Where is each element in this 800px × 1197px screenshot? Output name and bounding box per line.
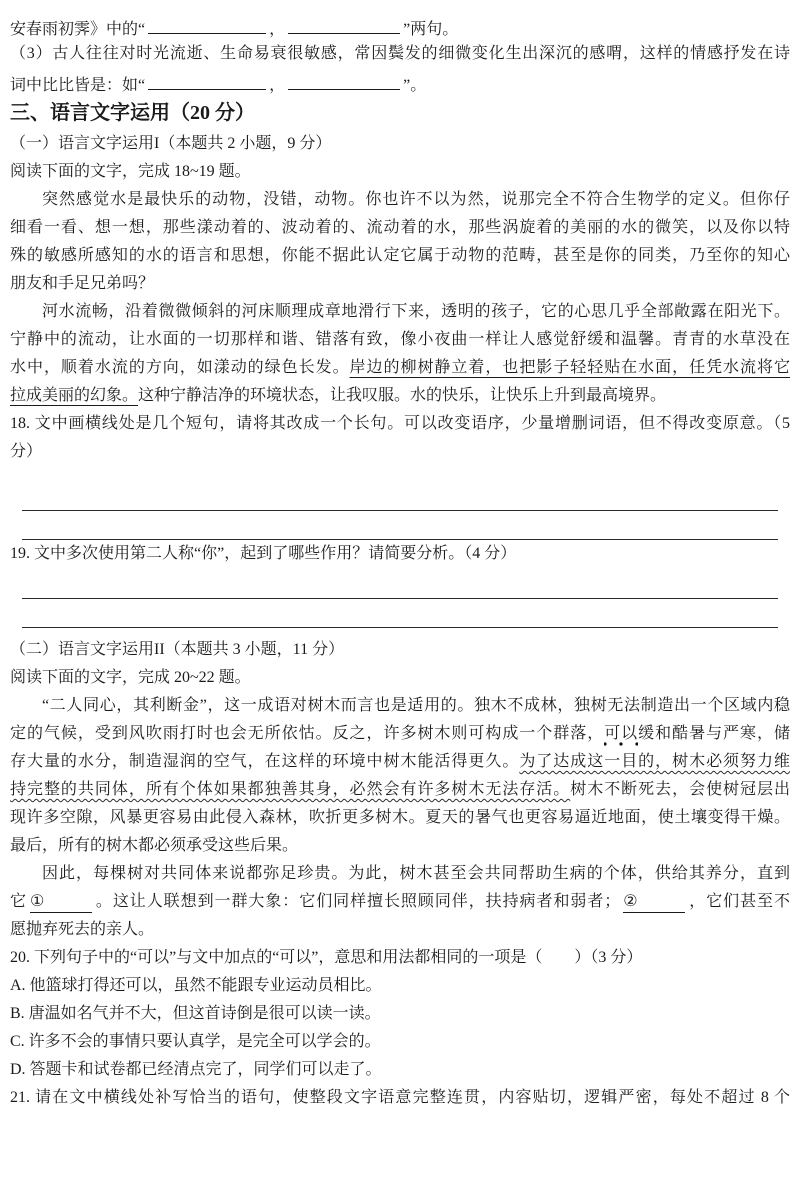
text-segment: 现许多空隙，风暴更容易由此侵入森林，吹折更多树木。夏天的暑气也更容易逼近地面，使… xyxy=(10,809,790,826)
question-20: 20. 下列句子中的“可以”与文中加点的“可以”，意思和用法都相同的一项是（ ）… xyxy=(10,944,790,972)
text-segment: （一）语言文字运用I（本题共 2 小题，9 分） xyxy=(10,135,331,152)
question-18-line-1: 18. 文中画横线处是几个短句，请将其改成一个长句。可以改变语序，少量增删词语，… xyxy=(10,410,790,438)
passage-1-para-1-line-2: 细看一看、想一想，那些漾动着的、波动着的、流动着的水，那些涡旋着的美丽的水的微笑… xyxy=(10,214,790,242)
blank-circled-2: ② xyxy=(623,891,685,913)
text-segment: 。这让人联想到一群大象：它们同样擅长照顾同伴，扶持病者和弱者； xyxy=(95,893,620,910)
wavy-underlined-text: 持完整的共同体，所有个体如果都独善其身，必然会有许多树木无法存活。 xyxy=(10,781,570,798)
text-segment: 朋友和手足兄弟吗？ xyxy=(10,275,154,292)
passage-2-para-1-line-5: 现许多空隙，风暴更容易由此侵入森林，吹折更多树木。夏天的暑气也更容易逼近地面，使… xyxy=(10,804,790,832)
question-16-3-line-2: 词中比比皆是：如“，”。 xyxy=(10,68,790,96)
text-segment: 安春雨初霁》中的“ xyxy=(10,21,145,38)
question-21: 21. 请在文中横线处补写恰当的语句，使整段文字语意完整连贯，内容贴切，逻辑严密… xyxy=(10,1084,790,1112)
text-segment: 定的气候，受到风吹雨打时也会无所依怙。反之，许多树木则可构成一个群落， xyxy=(10,725,604,742)
question-20-option-b: B. 唐温如名气并不大，但这首诗倒是很可以读一读。 xyxy=(10,1000,790,1028)
section-3-heading: 三、语言文字运用（20 分） xyxy=(10,96,790,130)
passage-2-instruction: 阅读下面的文字，完成 20~22 题。 xyxy=(10,664,790,692)
text-segment: 阅读下面的文字，完成 18~19 题。 xyxy=(10,163,251,180)
text-segment: 存大量的水分，制造湿润的空气，在这样的环境中树木能活得更久。 xyxy=(10,753,519,770)
text-segment: ”。 xyxy=(403,77,426,94)
passage-2-para-1-line-2: 定的气候，受到风吹雨打时也会无所依怙。反之，许多树木则可构成一个群落，可以缓和酷… xyxy=(10,720,790,748)
text-segment: ， xyxy=(269,77,285,94)
answer-line xyxy=(22,511,778,540)
passage-1-instruction: 阅读下面的文字，完成 18~19 题。 xyxy=(10,158,790,186)
text-segment: 阅读下面的文字，完成 20~22 题。 xyxy=(10,669,251,686)
blank-underline xyxy=(288,12,400,34)
question-16-3-line-1: （3）古人往往对时光流逝、生命易衰很敏感，常因鬓发的细微变化生出深沉的感喟，这样… xyxy=(10,40,790,68)
text-segment: 愿抛弃死去的亲人。 xyxy=(10,921,154,938)
text-segment: 20. 下列句子中的“可以”与文中加点的“可以”，意思和用法都相同的一项是（ ）… xyxy=(10,949,642,966)
text-segment: 突然感觉水是最快乐的动物，没错，动物。你也许不以为然，说那完全不符合生物学的定义… xyxy=(42,191,790,208)
text-segment: 细看一看、想一想，那些漾动着的、波动着的、流动着的水，那些涡旋着的美丽的水的微笑… xyxy=(10,219,790,236)
dotted-emphasis-text: 可以 xyxy=(604,725,638,747)
text-segment: 河水流畅，沿着微微倾斜的河床顺理成章地滑行下来，透明的孩子，它的心思几乎全部敞露… xyxy=(42,303,790,320)
text-segment: 它 xyxy=(10,893,27,910)
wavy-underlined-text: 为了达成这一目的，树木必须努力维 xyxy=(519,753,790,770)
text-segment: 词中比比皆是：如“ xyxy=(10,77,145,94)
text-segment: （二）语言文字运用II（本题共 3 小题，11 分） xyxy=(10,641,344,658)
text-segment: 三、语言文字运用（20 分） xyxy=(10,102,255,124)
blank-underline xyxy=(288,68,400,90)
answer-line xyxy=(22,466,778,511)
passage-2-para-1-line-4: 持完整的共同体，所有个体如果都独善其身，必然会有许多树木无法存活。树木不断死去，… xyxy=(10,776,790,804)
text-segment: （3）古人往往对时光流逝、生命易衰很敏感，常因鬓发的细微变化生出深沉的感喟，这样… xyxy=(10,45,790,62)
passage-2-para-1-line-6: 最后，所有的树木都必须承受这些后果。 xyxy=(10,832,790,860)
passage-2-para-2-line-2: 它①。这让人联想到一群大象：它们同样擅长照顾同伴，扶持病者和弱者；②，它们甚至不 xyxy=(10,888,790,916)
text-segment: 分） xyxy=(10,443,42,460)
passage-1-para-2-line-3: 水中，顺着水流的方向，如漾动的绿色长发。岸边的柳树静立着，也把影子轻轻贴在水面，… xyxy=(10,354,790,382)
text-segment: 18. 文中画横线处是几个短句，请将其改成一个长句。可以改变语序，少量增删词语，… xyxy=(10,415,790,432)
text-segment: 水中，顺着水流的方向，如漾动的绿色长发。 xyxy=(10,359,350,376)
text-segment: 19. 文中多次使用第二人称“你”，起到了哪些作用？请简要分析。（4 分） xyxy=(10,545,516,562)
passage-1-para-1-line-4: 朋友和手足兄弟吗？ xyxy=(10,270,790,298)
passage-2-para-1-line-3: 存大量的水分，制造湿润的空气，在这样的环境中树木能活得更久。为了达成这一目的，树… xyxy=(10,748,790,776)
question-18-line-2: 分） xyxy=(10,438,790,466)
answer-line xyxy=(22,599,778,628)
passage-1-para-1-line-1: 突然感觉水是最快乐的动物，没错，动物。你也许不以为然，说那完全不符合生物学的定义… xyxy=(10,186,790,214)
underlined-text: 岸边的柳树静立着，也把影子轻轻贴在水面，任凭水流将它 xyxy=(350,359,790,376)
text-segment: 最后，所有的树木都必须承受这些后果。 xyxy=(10,837,298,854)
question-20-option-c: C. 许多不会的事情只要认真学，是完全可以学会的。 xyxy=(10,1028,790,1056)
passage-2-para-2-line-3: 愿抛弃死去的亲人。 xyxy=(10,916,790,944)
passage-2-para-2-line-1: 因此，每棵树对共同体来说都弥足珍贵。为此，树木甚至会共同帮助生病的个体，供给其养… xyxy=(10,860,790,888)
underlined-text: 拉成美丽的幻象。 xyxy=(10,387,138,404)
text-segment: ”两句。 xyxy=(403,21,458,38)
question-20-option-d: D. 答题卡和试卷都已经清点完了，同学们可以走了。 xyxy=(10,1056,790,1084)
passage-1-para-2-line-1: 河水流畅，沿着微微倾斜的河床顺理成章地滑行下来，透明的孩子，它的心思几乎全部敞露… xyxy=(10,298,790,326)
passage-1-para-1-line-3: 殊的敏感所感知的水的语言和思想，你能不据此认定它属于动物的范畴，甚至是你的同类，… xyxy=(10,242,790,270)
document: 安春雨初霁》中的“，”两句。（3）古人往往对时光流逝、生命易衰很敏感，常因鬓发的… xyxy=(0,0,800,1112)
text-segment: “二人同心，其利断金”，这一成语对树木而言也是适用的。独木不成林，独树无法制造出… xyxy=(42,697,790,714)
text-segment: A. 他篮球打得还可以，虽然不能跟专业运动员相比。 xyxy=(10,977,382,994)
passage-1-para-2-line-2: 宁静中的流动，让水面的一切那样和谐、错落有致，像小夜曲一样让人感觉舒缓和温馨。青… xyxy=(10,326,790,354)
answer-line xyxy=(22,568,778,599)
blank-circled-1: ① xyxy=(30,891,92,913)
text-segment: D. 答题卡和试卷都已经清点完了，同学们可以走了。 xyxy=(10,1061,382,1078)
text-segment: 缓和酷暑与严寒，储 xyxy=(638,725,790,742)
passage-2-para-1-line-1: “二人同心，其利断金”，这一成语对树木而言也是适用的。独木不成林，独树无法制造出… xyxy=(10,692,790,720)
subsection-1-heading: （一）语言文字运用I（本题共 2 小题，9 分） xyxy=(10,130,790,158)
text-segment: 因此，每棵树对共同体来说都弥足珍贵。为此，树木甚至会共同帮助生病的个体，供给其养… xyxy=(42,865,790,882)
question-19: 19. 文中多次使用第二人称“你”，起到了哪些作用？请简要分析。（4 分） xyxy=(10,540,790,568)
text-segment: B. 唐温如名气并不大，但这首诗倒是很可以读一读。 xyxy=(10,1005,381,1022)
blank-underline xyxy=(148,68,266,90)
subsection-2-heading: （二）语言文字运用II（本题共 3 小题，11 分） xyxy=(10,636,790,664)
text-segment: 21. 请在文中横线处补写恰当的语句，使整段文字语意完整连贯，内容贴切，逻辑严密… xyxy=(10,1089,790,1106)
text-segment: 树木不断死去，会使树冠层出 xyxy=(570,781,790,798)
text-segment: ，它们甚至不 xyxy=(688,893,790,910)
text-segment: C. 许多不会的事情只要认真学，是完全可以学会的。 xyxy=(10,1033,381,1050)
blank-underline xyxy=(148,12,266,34)
passage-1-para-2-line-4: 拉成美丽的幻象。这种宁静洁净的环境状态，让我叹服。水的快乐，让快乐上升到最高境界… xyxy=(10,382,790,410)
text-segment: ， xyxy=(269,21,285,38)
fill-blank-line-2b: 安春雨初霁》中的“，”两句。 xyxy=(10,12,790,40)
text-segment: 宁静中的流动，让水面的一切那样和谐、错落有致，像小夜曲一样让人感觉舒缓和温馨。青… xyxy=(10,331,790,348)
question-20-option-a: A. 他篮球打得还可以，虽然不能跟专业运动员相比。 xyxy=(10,972,790,1000)
text-segment: 这种宁静洁净的环境状态，让我叹服。水的快乐，让快乐上升到最高境界。 xyxy=(138,387,666,404)
text-segment: 殊的敏感所感知的水的语言和思想，你能不据此认定它属于动物的范畴，甚至是你的同类，… xyxy=(10,247,790,264)
